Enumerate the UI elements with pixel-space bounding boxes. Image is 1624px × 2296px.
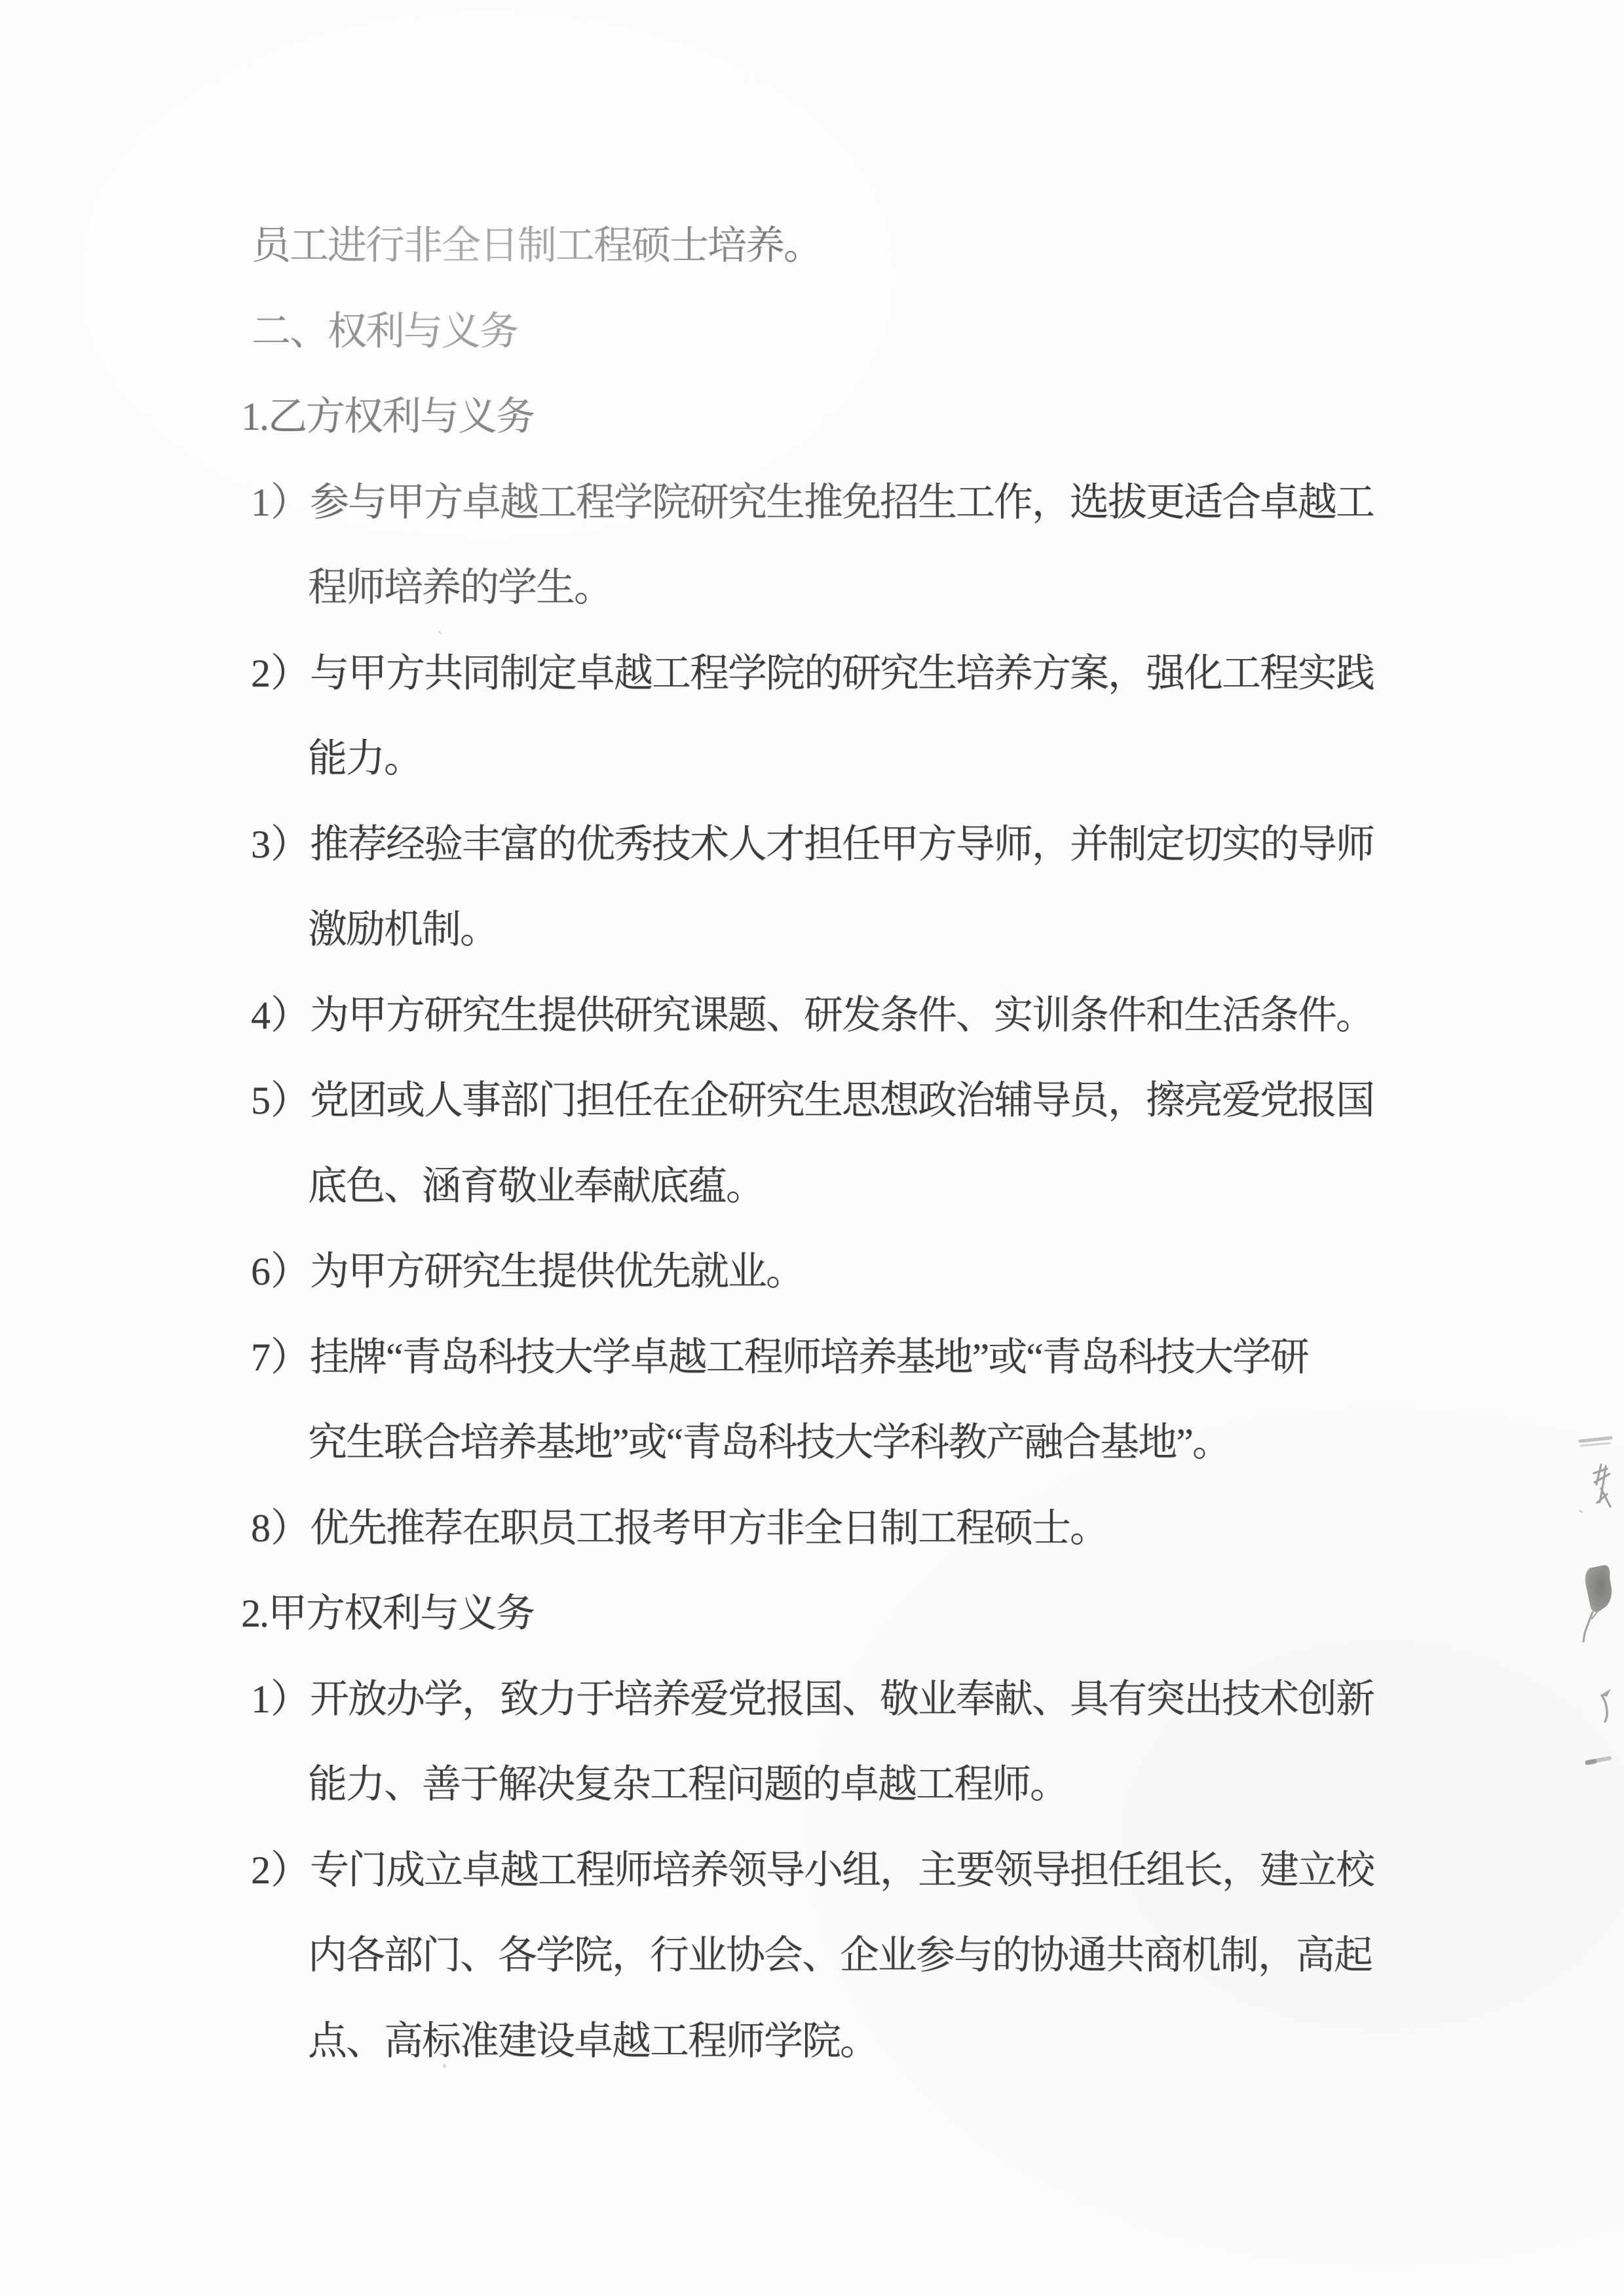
item-continuation: 底色、涵育敬业奉献底蕴。	[0, 1144, 1624, 1230]
item-text: 优先推荐在职员工报考甲方非全日制工程硕士。	[310, 1509, 1108, 1548]
numbered-item: 2） 专门成立卓越工程师培养领导小组，主要领导担任组长，建立校	[0, 1828, 1624, 1913]
item-number: 1）	[251, 1680, 310, 1719]
item-number: 5）	[251, 1081, 310, 1120]
item-text: 为甲方研究生提供优先就业。	[310, 1252, 804, 1291]
numbered-item: 1） 参与甲方卓越工程学院研究生推免招生工作，选拔更适合卓越工	[0, 460, 1624, 546]
line-text: 二、权利与义务	[252, 312, 518, 351]
item-continuation: 程师培养的学生。	[0, 545, 1624, 631]
line-text: 激励机制。	[308, 910, 498, 949]
item-continuation: 能力。	[0, 716, 1624, 802]
pen-hook-icon	[1600, 1689, 1611, 1722]
line-text: 程师培养的学生。	[308, 568, 612, 607]
numbered-item: 3） 推荐经验丰富的优秀技术人才担任甲方导师，并制定切实的导师	[0, 802, 1624, 888]
numbered-item: 1） 开放办学，致力于培养爱党报国、敬业奉献、具有突出技术创新	[0, 1657, 1624, 1742]
handwritten-character-icon	[1579, 1465, 1610, 1512]
item-continuation: 内各部门、各学院，行业协会、企业参与的协通共商机制，高起	[0, 1913, 1624, 1999]
text-line: 员工进行非全日制工程硕士培养。	[0, 203, 1624, 289]
item-text: 挂牌“青岛科技大学卓越工程师培养基地”或“青岛科技大学研	[310, 1338, 1308, 1377]
line-text: 2.甲方权利与义务	[241, 1594, 534, 1633]
line-text: 员工进行非全日制工程硕士培养。	[252, 226, 821, 265]
numbered-item: 4） 为甲方研究生提供研究课题、研发条件、实训条件和生活条件。	[0, 973, 1624, 1059]
line-text: 内各部门、各学院，行业协会、企业参与的协通共商机制，高起	[308, 1936, 1372, 1975]
line-text: 能力。	[308, 739, 422, 778]
line-text: 底色、涵育敬业奉献底蕴。	[308, 1167, 764, 1206]
subsection-heading: 1.乙方权利与义务	[0, 374, 1624, 460]
item-text: 与甲方共同制定卓越工程学院的研究生培养方案，强化工程实践	[310, 654, 1374, 693]
numbered-item: 5） 党团或人事部门担任在企研究生思想政治辅导员，擦亮爱党报国	[0, 1058, 1624, 1144]
item-number: 8）	[251, 1509, 310, 1548]
item-number: 7）	[251, 1338, 310, 1377]
line-text: 1.乙方权利与义务	[241, 397, 534, 436]
item-text: 党团或人事部门担任在企研究生思想政治辅导员，擦亮爱党报国	[310, 1081, 1374, 1120]
numbered-item: 7） 挂牌“青岛科技大学卓越工程师培养基地”或“青岛科技大学研	[0, 1315, 1624, 1401]
section-heading: 二、权利与义务	[0, 289, 1624, 375]
item-number: 2）	[251, 654, 310, 693]
item-continuation: 点、高标准建设卓越工程师学院。	[0, 1999, 1624, 2084]
item-continuation: 究生联合培养基地”或“青岛科技大学科教产融合基地”。	[0, 1400, 1624, 1486]
ink-blob-icon	[1583, 1565, 1612, 1642]
item-number: 1）	[251, 483, 310, 522]
item-number: 2）	[251, 1851, 310, 1890]
subsection-heading: 2.甲方权利与义务	[0, 1571, 1624, 1657]
document-body: 员工进行非全日制工程硕士培养。 二、权利与义务 1.乙方权利与义务 1） 参与甲…	[0, 203, 1624, 2084]
item-continuation: 激励机制。	[0, 887, 1624, 973]
numbered-item: 2） 与甲方共同制定卓越工程学院的研究生培养方案，强化工程实践	[0, 631, 1624, 717]
line-text: 点、高标准建设卓越工程师学院。	[308, 2022, 878, 2061]
scanned-document-page: 员工进行非全日制工程硕士培养。 二、权利与义务 1.乙方权利与义务 1） 参与甲…	[0, 0, 1624, 2296]
item-text: 推荐经验丰富的优秀技术人才担任甲方导师，并制定切实的导师	[310, 825, 1374, 864]
pen-dash-icon	[1587, 1758, 1610, 1763]
item-text: 为甲方研究生提供研究课题、研发条件、实训条件和生活条件。	[310, 996, 1374, 1035]
item-continuation: 能力、善于解决复杂工程问题的卓越工程师。	[0, 1742, 1624, 1828]
item-number: 6）	[251, 1252, 310, 1291]
item-number: 4）	[251, 996, 310, 1035]
line-text: 能力、善于解决复杂工程问题的卓越工程师。	[308, 1765, 1068, 1804]
item-number: 3）	[251, 825, 310, 864]
item-text: 参与甲方卓越工程学院研究生推免招生工作，选拔更适合卓越工	[310, 483, 1374, 522]
pen-streak-icon	[1580, 1438, 1611, 1446]
item-text: 开放办学，致力于培养爱党报国、敬业奉献、具有突出技术创新	[310, 1680, 1374, 1719]
item-text: 专门成立卓越工程师培养领导小组，主要领导担任组长，建立校	[310, 1851, 1374, 1890]
numbered-item: 8） 优先推荐在职员工报考甲方非全日制工程硕士。	[0, 1486, 1624, 1571]
line-text: 究生联合培养基地”或“青岛科技大学科教产融合基地”。	[308, 1423, 1230, 1462]
numbered-item: 6） 为甲方研究生提供优先就业。	[0, 1229, 1624, 1315]
scan-speck	[443, 2063, 446, 2068]
handwriting-smudges	[1572, 1428, 1624, 1775]
